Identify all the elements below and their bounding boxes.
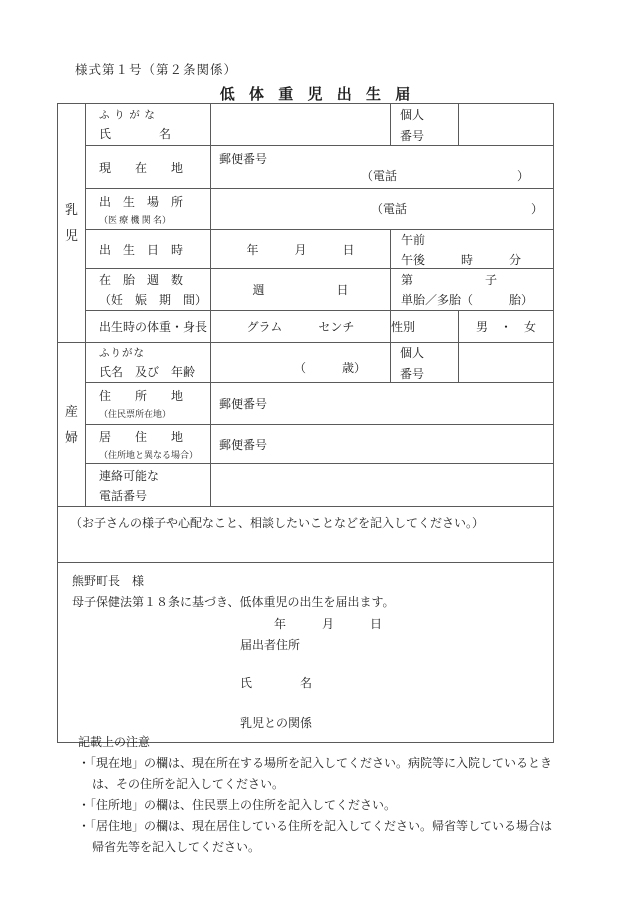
row-infant-current-place: 現 在 地 郵便番号 （電話 ） [58, 146, 554, 189]
mother-name-age-label: 氏名 及び 年齢 [99, 363, 210, 380]
phone-entry: （電話 ） [361, 167, 529, 184]
sex-field: 男 ・ 女 [459, 311, 554, 343]
reporter-name-label: 氏 名 [240, 673, 539, 694]
mother-residence-label: 居 住 地 [99, 428, 210, 445]
current-place-label: 現 在 地 [99, 159, 210, 176]
am-label: 午前 [401, 231, 553, 248]
note-text: 「住所地」の欄は、住民票上の住所を記入してください。 [90, 798, 396, 812]
weight-height-label: 出生時の体重・身長 [99, 318, 210, 335]
section-label-mother: 産婦 [58, 343, 86, 507]
birth-datetime-label: 出 生 日 時 [99, 241, 210, 258]
infant-name-label: 氏 名 [99, 125, 210, 142]
phone-close-label: ） [531, 200, 543, 217]
infant-name-field [211, 104, 391, 146]
mother-residence-field: 郵便番号 [211, 425, 554, 464]
free-entry-prompt: （お子さんの様子や心配なこと、相談したいことなどを記入してください。） [70, 516, 484, 530]
contact-phone-field [211, 464, 554, 507]
row-declaration: 熊野町長 様 母子保健法第１８条に基づき、低体重児の出生を届出ます。 年 月 日… [58, 563, 554, 743]
note-bullet: ・ [78, 798, 90, 812]
relation-to-infant-label: 乳児との関係 [240, 713, 539, 734]
row-birth-place: 出 生 場 所 （医 療 機 関 名） （電話 ） [58, 189, 554, 230]
row-contact-phone: 連絡可能な 電話番号 [58, 464, 554, 507]
birth-datetime-label-cell: 出 生 日 時 [86, 230, 211, 269]
birth-order-field: 第 子 単胎／多胎（ 胎） [391, 269, 554, 311]
age-paren-label: （ 歳） [211, 359, 390, 382]
mother-address-label: 住 所 地 [99, 387, 210, 404]
personal-number-label-1: 個人 [400, 344, 458, 361]
resident-register-label: （住民票所在地） [99, 407, 210, 420]
nth-child-label: 第 子 [401, 271, 553, 288]
gestation-label-cell: 在 胎 週 数 （妊 娠 期 間） [86, 269, 211, 311]
gestation-weeks-field: 週 日 [211, 269, 391, 311]
weeks-days-label: 週 日 [252, 283, 348, 297]
note-continuation: は、その住所を記入してください。 [92, 774, 568, 795]
current-place-field: 郵便番号 （電話 ） [211, 146, 554, 189]
note-item: ・「居住地」の欄は、現在居住している住所を記入してください。帰省等している場合は [78, 816, 568, 837]
notes-section: 記載上の注意 ・「現在地」の欄は、現在所在する場所を記入してください。病院等に入… [78, 732, 568, 858]
reporter-address-label: 届出者住所 [240, 635, 539, 656]
note-continuation: 帰省先等を記入してください。 [92, 837, 568, 858]
postal-code-label: 郵便番号 [219, 150, 545, 167]
current-place-label-cell: 現 在 地 [86, 146, 211, 189]
document-page: 様式第１号（第２条関係） 低体重児出生届 乳児 ふ り が な 氏 名 個人 番… [0, 0, 630, 903]
note-bullet: ・ [78, 819, 90, 833]
contact-phone-label-2: 電話番号 [99, 487, 210, 504]
contact-phone-label-1: 連絡可能な [99, 467, 210, 484]
row-free-entry: （お子さんの様子や心配なこと、相談したいことなどを記入してください。） [58, 507, 554, 563]
declaration-date-label: 年 月 日 [274, 614, 539, 635]
personal-number-label-2: 番号 [400, 127, 458, 144]
note-bullet: ・ [78, 756, 90, 770]
pm-time-label: 午後 時 分 [401, 251, 553, 268]
if-different-label: （住所地と異なる場合） [99, 448, 210, 461]
declaration-statement: 母子保健法第１８条に基づき、低体重児の出生を届出ます。 [72, 592, 539, 613]
infant-personal-number-label-cell: 個人 番号 [391, 104, 459, 146]
sex-label-cell: 性別 [391, 311, 459, 343]
pregnancy-period-label: （妊 娠 期 間） [99, 291, 210, 308]
personal-number-label-1: 個人 [400, 106, 458, 123]
date-ymd-label: 年 月 日 [246, 243, 354, 257]
phone-open-label: （電話 [361, 167, 397, 184]
phone-close-label: ） [517, 167, 529, 184]
birth-time-field: 午前 午後 時 分 [391, 230, 554, 269]
mother-personal-number-field [459, 343, 554, 383]
infant-name-label-cell: ふ り が な 氏 名 [86, 104, 211, 146]
phone-entry: （電話 ） [371, 200, 543, 217]
birth-place-field: （電話 ） [211, 189, 554, 230]
mother-residence-label-cell: 居 住 地 （住所地と異なる場合） [86, 425, 211, 464]
weight-height-field: グラム センチ [211, 311, 391, 343]
notes-heading: 記載上の注意 [78, 732, 568, 753]
birth-date-field: 年 月 日 [211, 230, 391, 269]
row-birth-datetime: 出 生 日 時 年 月 日 午前 午後 時 分 [58, 230, 554, 269]
weight-height-label-cell: 出生時の体重・身長 [86, 311, 211, 343]
mother-furigana-label: ふりがな [99, 345, 210, 360]
row-mother-address: 住 所 地 （住民票所在地） 郵便番号 [58, 383, 554, 425]
note-text: 「居住地」の欄は、現在居住している住所を記入してください。帰省等している場合は [90, 819, 552, 833]
form-number: 様式第１号（第２条関係） [75, 60, 237, 78]
note-item: ・「住所地」の欄は、住民票上の住所を記入してください。 [78, 795, 568, 816]
row-infant-name: 乳児 ふ り が な 氏 名 個人 番号 [58, 104, 554, 146]
infant-personal-number-field [459, 104, 554, 146]
note-item: ・「現在地」の欄は、現在所在する場所を記入してください。病院等に入院しているとき [78, 753, 568, 774]
birth-place-label: 出 生 場 所 [99, 193, 210, 210]
birth-report-table: 乳児 ふ り が な 氏 名 個人 番号 [57, 103, 554, 743]
sex-options-label: 男 ・ 女 [476, 320, 536, 334]
note-text: 「現在地」の欄は、現在所在する場所を記入してください。病院等に入院しているとき [90, 756, 552, 770]
section-label-infant: 乳児 [58, 104, 86, 343]
birth-place-label-cell: 出 生 場 所 （医 療 機 関 名） [86, 189, 211, 230]
row-gestation: 在 胎 週 数 （妊 娠 期 間） 週 日 第 子 単胎／多胎（ 胎） [58, 269, 554, 311]
free-entry-field: （お子さんの様子や心配なこと、相談したいことなどを記入してください。） [58, 507, 554, 563]
addressee: 熊野町長 様 [72, 571, 539, 592]
grams-cm-label: グラム センチ [247, 320, 355, 334]
phone-open-label: （電話 [371, 200, 407, 217]
row-mother-residence: 居 住 地 （住所地と異なる場合） 郵便番号 [58, 425, 554, 464]
infant-furigana-label: ふ り が な [99, 107, 210, 122]
postal-code-label: 郵便番号 [219, 395, 545, 412]
mother-name-field: （ 歳） [211, 343, 391, 383]
single-multiple-label: 単胎／多胎（ 胎） [401, 291, 553, 308]
postal-code-label: 郵便番号 [219, 436, 545, 453]
mother-address-field: 郵便番号 [211, 383, 554, 425]
gestation-label: 在 胎 週 数 [99, 271, 210, 288]
contact-phone-label-cell: 連絡可能な 電話番号 [86, 464, 211, 507]
page-title: 低体重児出生届 [0, 83, 630, 104]
row-weight-height: 出生時の体重・身長 グラム センチ 性別 男 ・ 女 [58, 311, 554, 343]
row-mother-name: 産婦 ふりがな 氏名 及び 年齢 （ 歳） 個人 番号 [58, 343, 554, 383]
declaration-cell: 熊野町長 様 母子保健法第１８条に基づき、低体重児の出生を届出ます。 年 月 日… [58, 563, 554, 743]
mother-name-label-cell: ふりがな 氏名 及び 年齢 [86, 343, 211, 383]
personal-number-label-2: 番号 [400, 365, 458, 382]
mother-personal-number-label-cell: 個人 番号 [391, 343, 459, 383]
mother-address-label-cell: 住 所 地 （住民票所在地） [86, 383, 211, 425]
sex-label: 性別 [391, 320, 415, 334]
medical-institution-label: （医 療 機 関 名） [99, 213, 210, 226]
